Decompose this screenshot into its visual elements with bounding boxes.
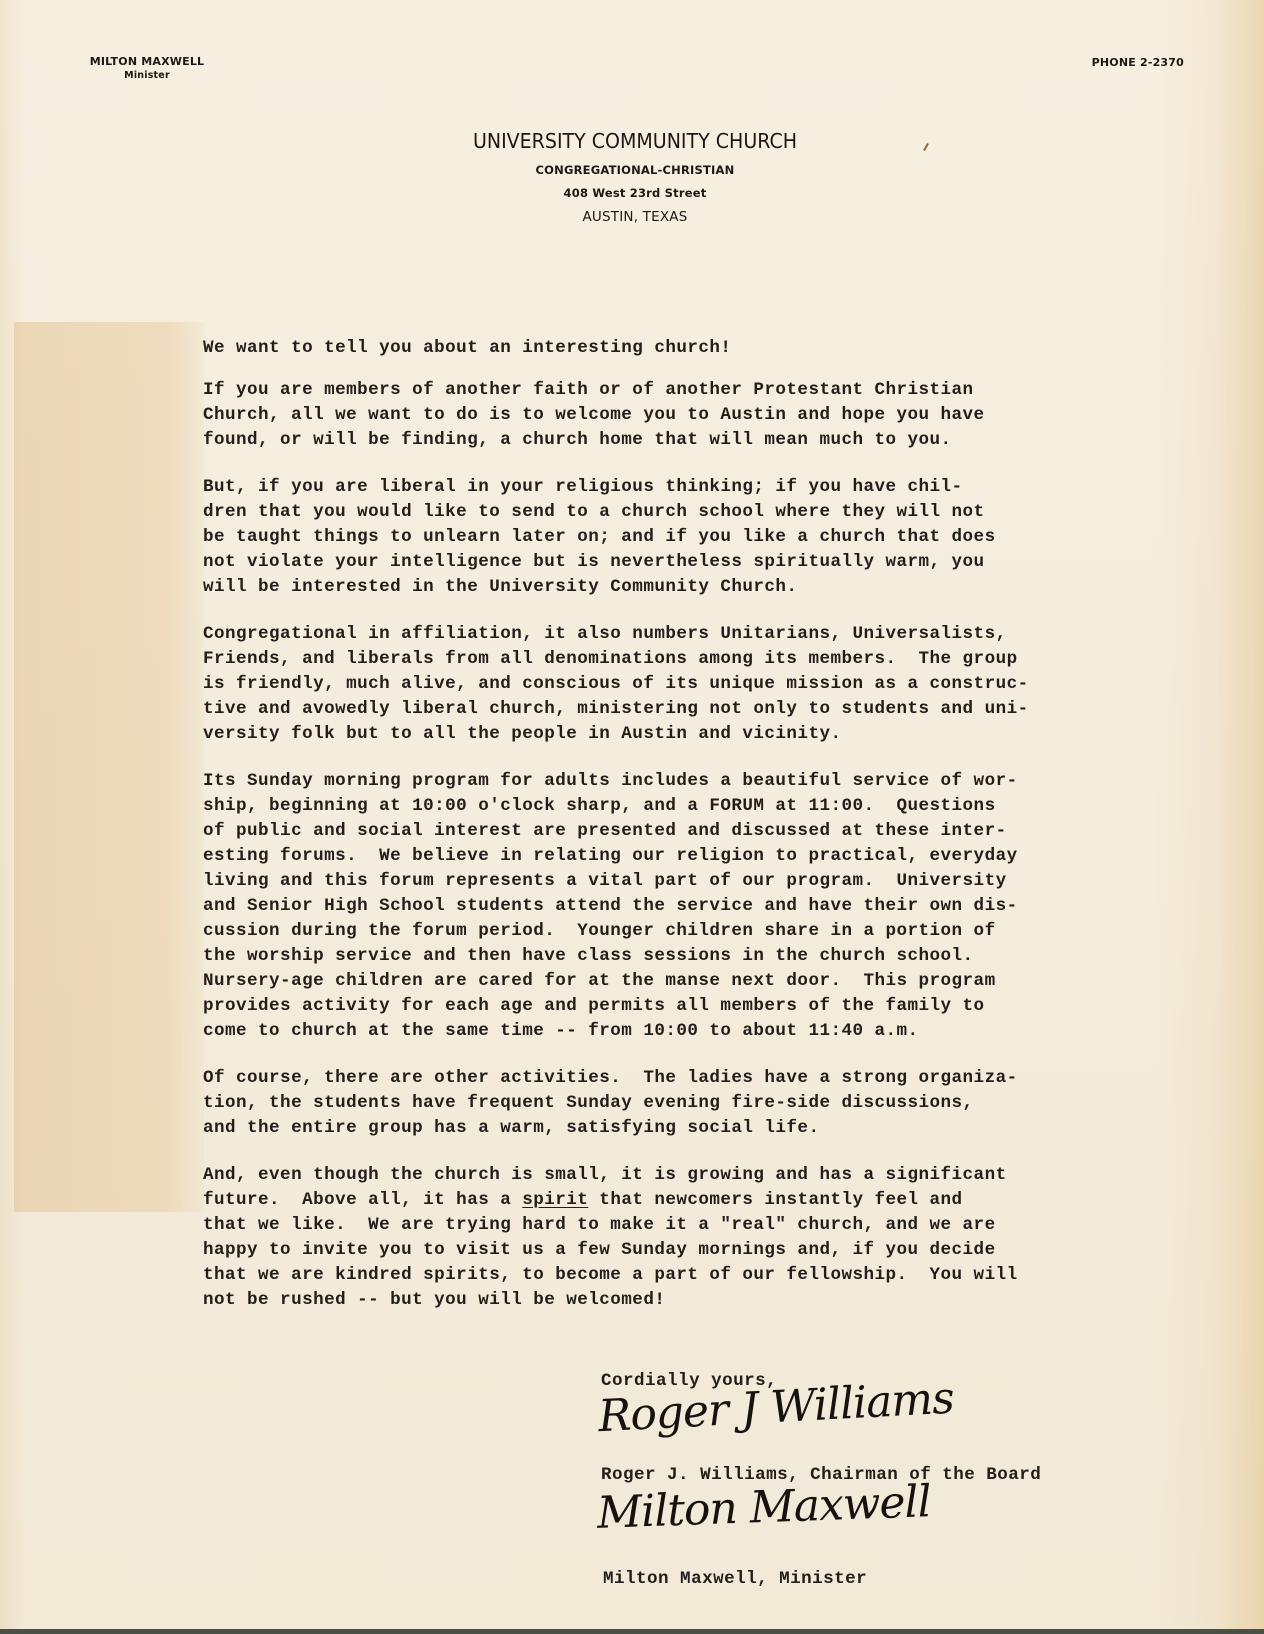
body-line: Its Sunday morning program for adults in… bbox=[203, 770, 1018, 792]
body-text-segment: that newcomers instantly feel and bbox=[588, 1190, 962, 1210]
body-line: esting forums. We believe in relating ou… bbox=[203, 845, 1018, 867]
body-line: If you are members of another faith or o… bbox=[203, 379, 974, 401]
church-denomination: CONGREGATIONAL-CHRISTIAN bbox=[330, 163, 940, 177]
letterhead-phone: PHONE 2-2370 bbox=[1092, 56, 1184, 69]
church-name: UNIVERSITY COMMUNITY CHURCH bbox=[345, 129, 925, 153]
body-line: happy to invite you to visit us a few Su… bbox=[203, 1239, 996, 1261]
body-line: ship, beginning at 10:00 o'clock sharp, … bbox=[203, 795, 996, 817]
letterhead-minister-name: MILTON MAXWELL bbox=[72, 55, 222, 69]
body-line: and Senior High School students attend t… bbox=[203, 895, 1018, 917]
body-line: come to church at the same time -- from … bbox=[203, 1020, 919, 1042]
body-line: Of course, there are other activities. T… bbox=[203, 1067, 1018, 1089]
body-line: will be interested in the University Com… bbox=[203, 576, 797, 598]
scan-bottom-edge bbox=[0, 1629, 1264, 1634]
body-line: of public and social interest are presen… bbox=[203, 820, 1007, 842]
body-line: not be rushed -- but you will be welcome… bbox=[203, 1289, 665, 1311]
body-line: found, or will be finding, a church home… bbox=[203, 429, 952, 451]
body-line: tive and avowedly liberal church, minist… bbox=[203, 698, 1029, 720]
underlined-word: spirit bbox=[522, 1190, 588, 1210]
body-line: Friends, and liberals from all denominat… bbox=[203, 648, 1018, 670]
body-line: not violate your intelligence but is nev… bbox=[203, 551, 985, 573]
body-line: provides activity for each age and permi… bbox=[203, 995, 985, 1017]
body-line: versity folk but to all the people in Au… bbox=[203, 723, 841, 745]
body-line: We want to tell you about an interesting… bbox=[203, 337, 731, 359]
body-line: But, if you are liberal in your religiou… bbox=[203, 476, 963, 498]
body-line: that we like. We are trying hard to make… bbox=[203, 1214, 996, 1236]
body-line: And, even though the church is small, it… bbox=[203, 1164, 1007, 1186]
body-line: Church, all we want to do is to welcome … bbox=[203, 404, 985, 426]
body-line: the worship service and then have class … bbox=[203, 945, 974, 967]
signer-maxwell: Milton Maxwell, Minister bbox=[603, 1568, 867, 1590]
body-line: Nursery-age children are cared for at th… bbox=[203, 970, 996, 992]
body-line: that we are kindred spirits, to become a… bbox=[203, 1264, 1018, 1286]
letterhead-minister-title: Minister bbox=[72, 69, 222, 83]
body-text-segment: future. Above all, it has a bbox=[203, 1190, 522, 1210]
letterhead-minister-block: MILTON MAXWELL Minister bbox=[72, 55, 222, 83]
body-line: dren that you would like to send to a ch… bbox=[203, 501, 985, 523]
church-city: AUSTIN, TEXAS bbox=[330, 209, 940, 225]
body-line: living and this forum represents a vital… bbox=[203, 870, 1007, 892]
body-line: be taught things to unlearn later on; an… bbox=[203, 526, 996, 548]
body-line: Congregational in affiliation, it also n… bbox=[203, 623, 1007, 645]
body-line: cussion during the forum period. Younger… bbox=[203, 920, 996, 942]
body-line: future. Above all, it has a spirit that … bbox=[203, 1189, 963, 1211]
body-line: and the entire group has a warm, satisfy… bbox=[203, 1117, 819, 1139]
church-address: 408 West 23rd Street bbox=[330, 186, 940, 200]
paper-stain bbox=[14, 322, 204, 1212]
body-line: tion, the students have frequent Sunday … bbox=[203, 1092, 974, 1114]
body-line: is friendly, much alive, and conscious o… bbox=[203, 673, 1029, 695]
